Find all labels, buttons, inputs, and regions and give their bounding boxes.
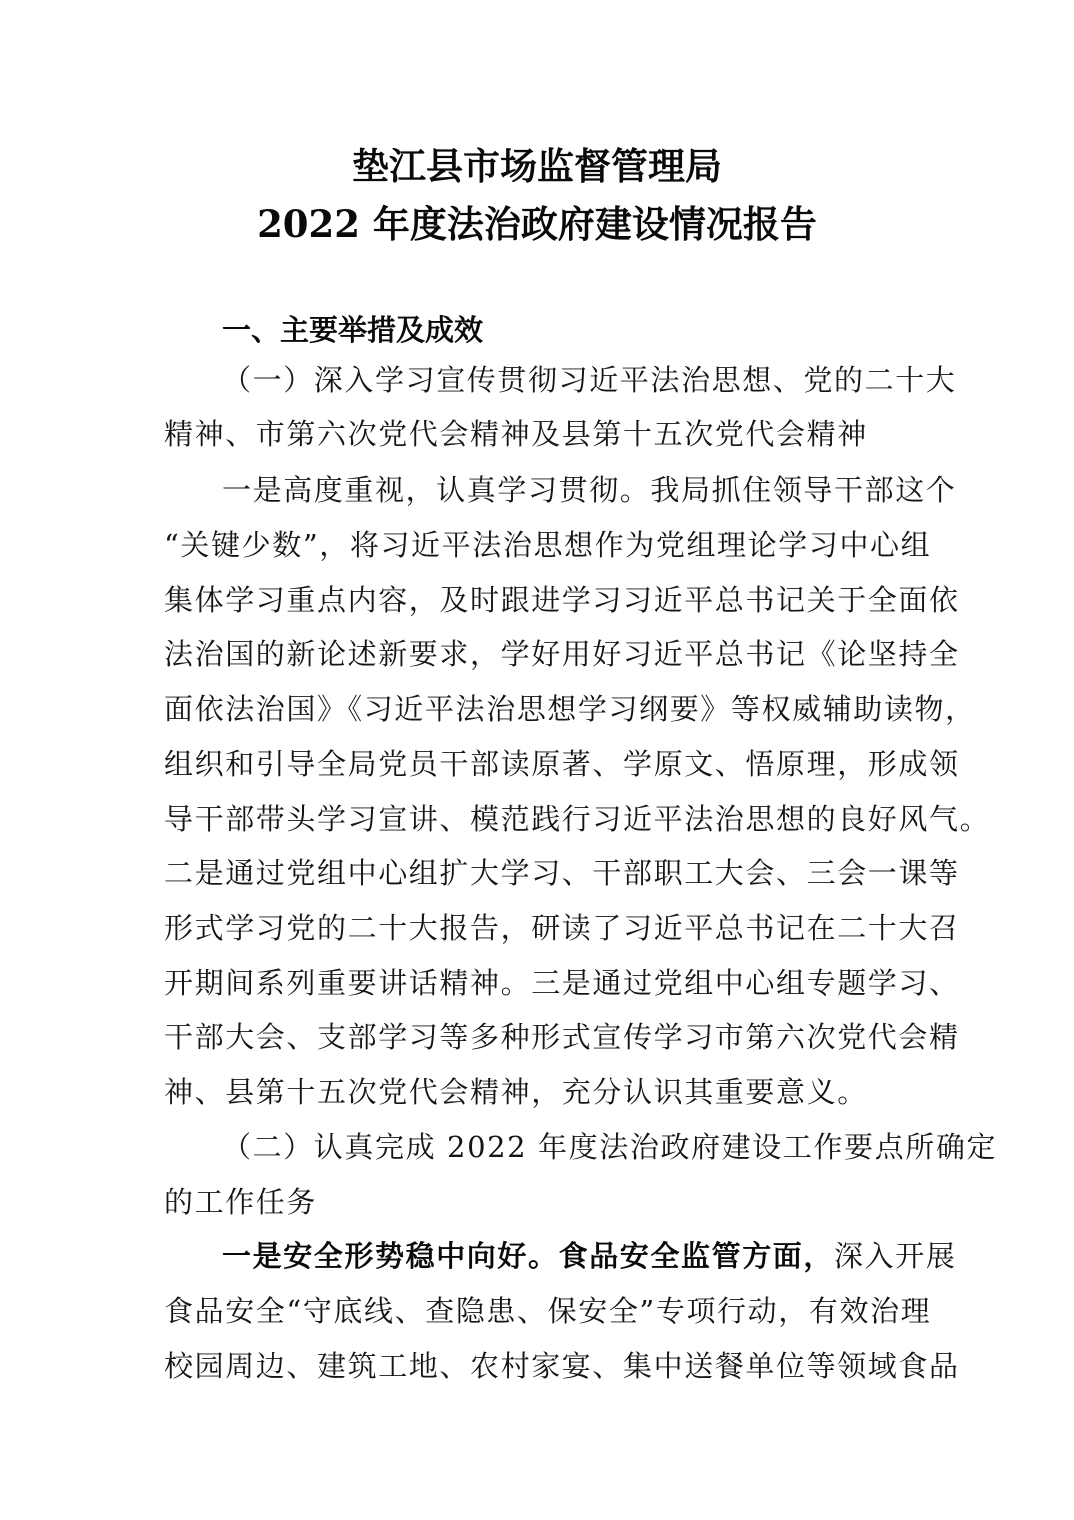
paragraph-1-line: 开期间系列重要讲话精神。三是通过党组中心组专题学习、 [164,963,960,1003]
paragraph-2-line-1-rest: 深入开展 [834,1239,956,1273]
paragraph-1-line: 导干部带头学习宣讲、模范践行习近平法治思想的良好风气。 [164,799,990,839]
paragraph-1-line: 形式学习党的二十大报告，研读了习近平总书记在二十大召 [164,908,960,948]
paragraph-2-bold-lead-2: 食品安全监管方面， [559,1239,834,1273]
subsection-heading-1-line-1: （一）深入学习宣传贯彻习近平法治思想、党的二十大 [222,360,956,400]
paragraph-2-line-3: 校园周边、建筑工地、农村家宴、集中送餐单位等领域食品 [164,1346,960,1386]
subsection-heading-2-line-1: （二）认真完成 2022 年度法治政府建设工作要点所确定 [222,1127,997,1167]
paragraph-2-bold-lead-1: 一是安全形势稳中向好。 [222,1239,559,1273]
subsection-heading-1-line-2: 精神、市第六次党代会精神及县第十五次党代会精神 [164,414,868,454]
section-heading-main-measures: 一、主要举措及成效 [222,308,483,349]
paragraph-1-line: 组织和引导全局党员干部读原著、学原文、悟原理，形成领 [164,744,960,784]
paragraph-1-line: 集体学习重点内容，及时跟进学习习近平总书记关于全面依 [164,580,960,620]
paragraph-1-line: 面依法治国》《习近平法治思想学习纲要》等权威辅助读物， [164,689,976,729]
paragraph-2-line-1: 一是安全形势稳中向好。食品安全监管方面，深入开展 [222,1236,956,1276]
paragraph-1-line: 法治国的新论述新要求，学好用好习近平总书记《论坚持全 [164,634,960,674]
document-title-line-1: 垫江县市场监督管理局 [0,136,1074,190]
paragraph-1-line: 二是通过党组中心组扩大学习、干部职工大会、三会一课等 [164,853,960,893]
document-page: 垫江县市场监督管理局 2022 年度法治政府建设情况报告 一、主要举措及成效 （… [0,0,1074,1520]
paragraph-1-line: 一是高度重视，认真学习贯彻。我局抓住领导干部这个 [222,470,956,510]
subsection-heading-2-line-2: 的工作任务 [164,1182,317,1222]
paragraph-1-line: 神、县第十五次党代会精神，充分认识其重要意义。 [164,1072,868,1112]
document-title-line-2: 2022 年度法治政府建设情况报告 [0,194,1074,248]
paragraph-2-line-2: 食品安全“守底线、查隐患、保安全”专项行动，有效治理 [164,1291,931,1331]
paragraph-1-line: 干部大会、支部学习等多种形式宣传学习市第六次党代会精 [164,1017,960,1057]
paragraph-1-line: “关键少数”，将习近平法治思想作为党组理论学习中心组 [164,525,931,565]
